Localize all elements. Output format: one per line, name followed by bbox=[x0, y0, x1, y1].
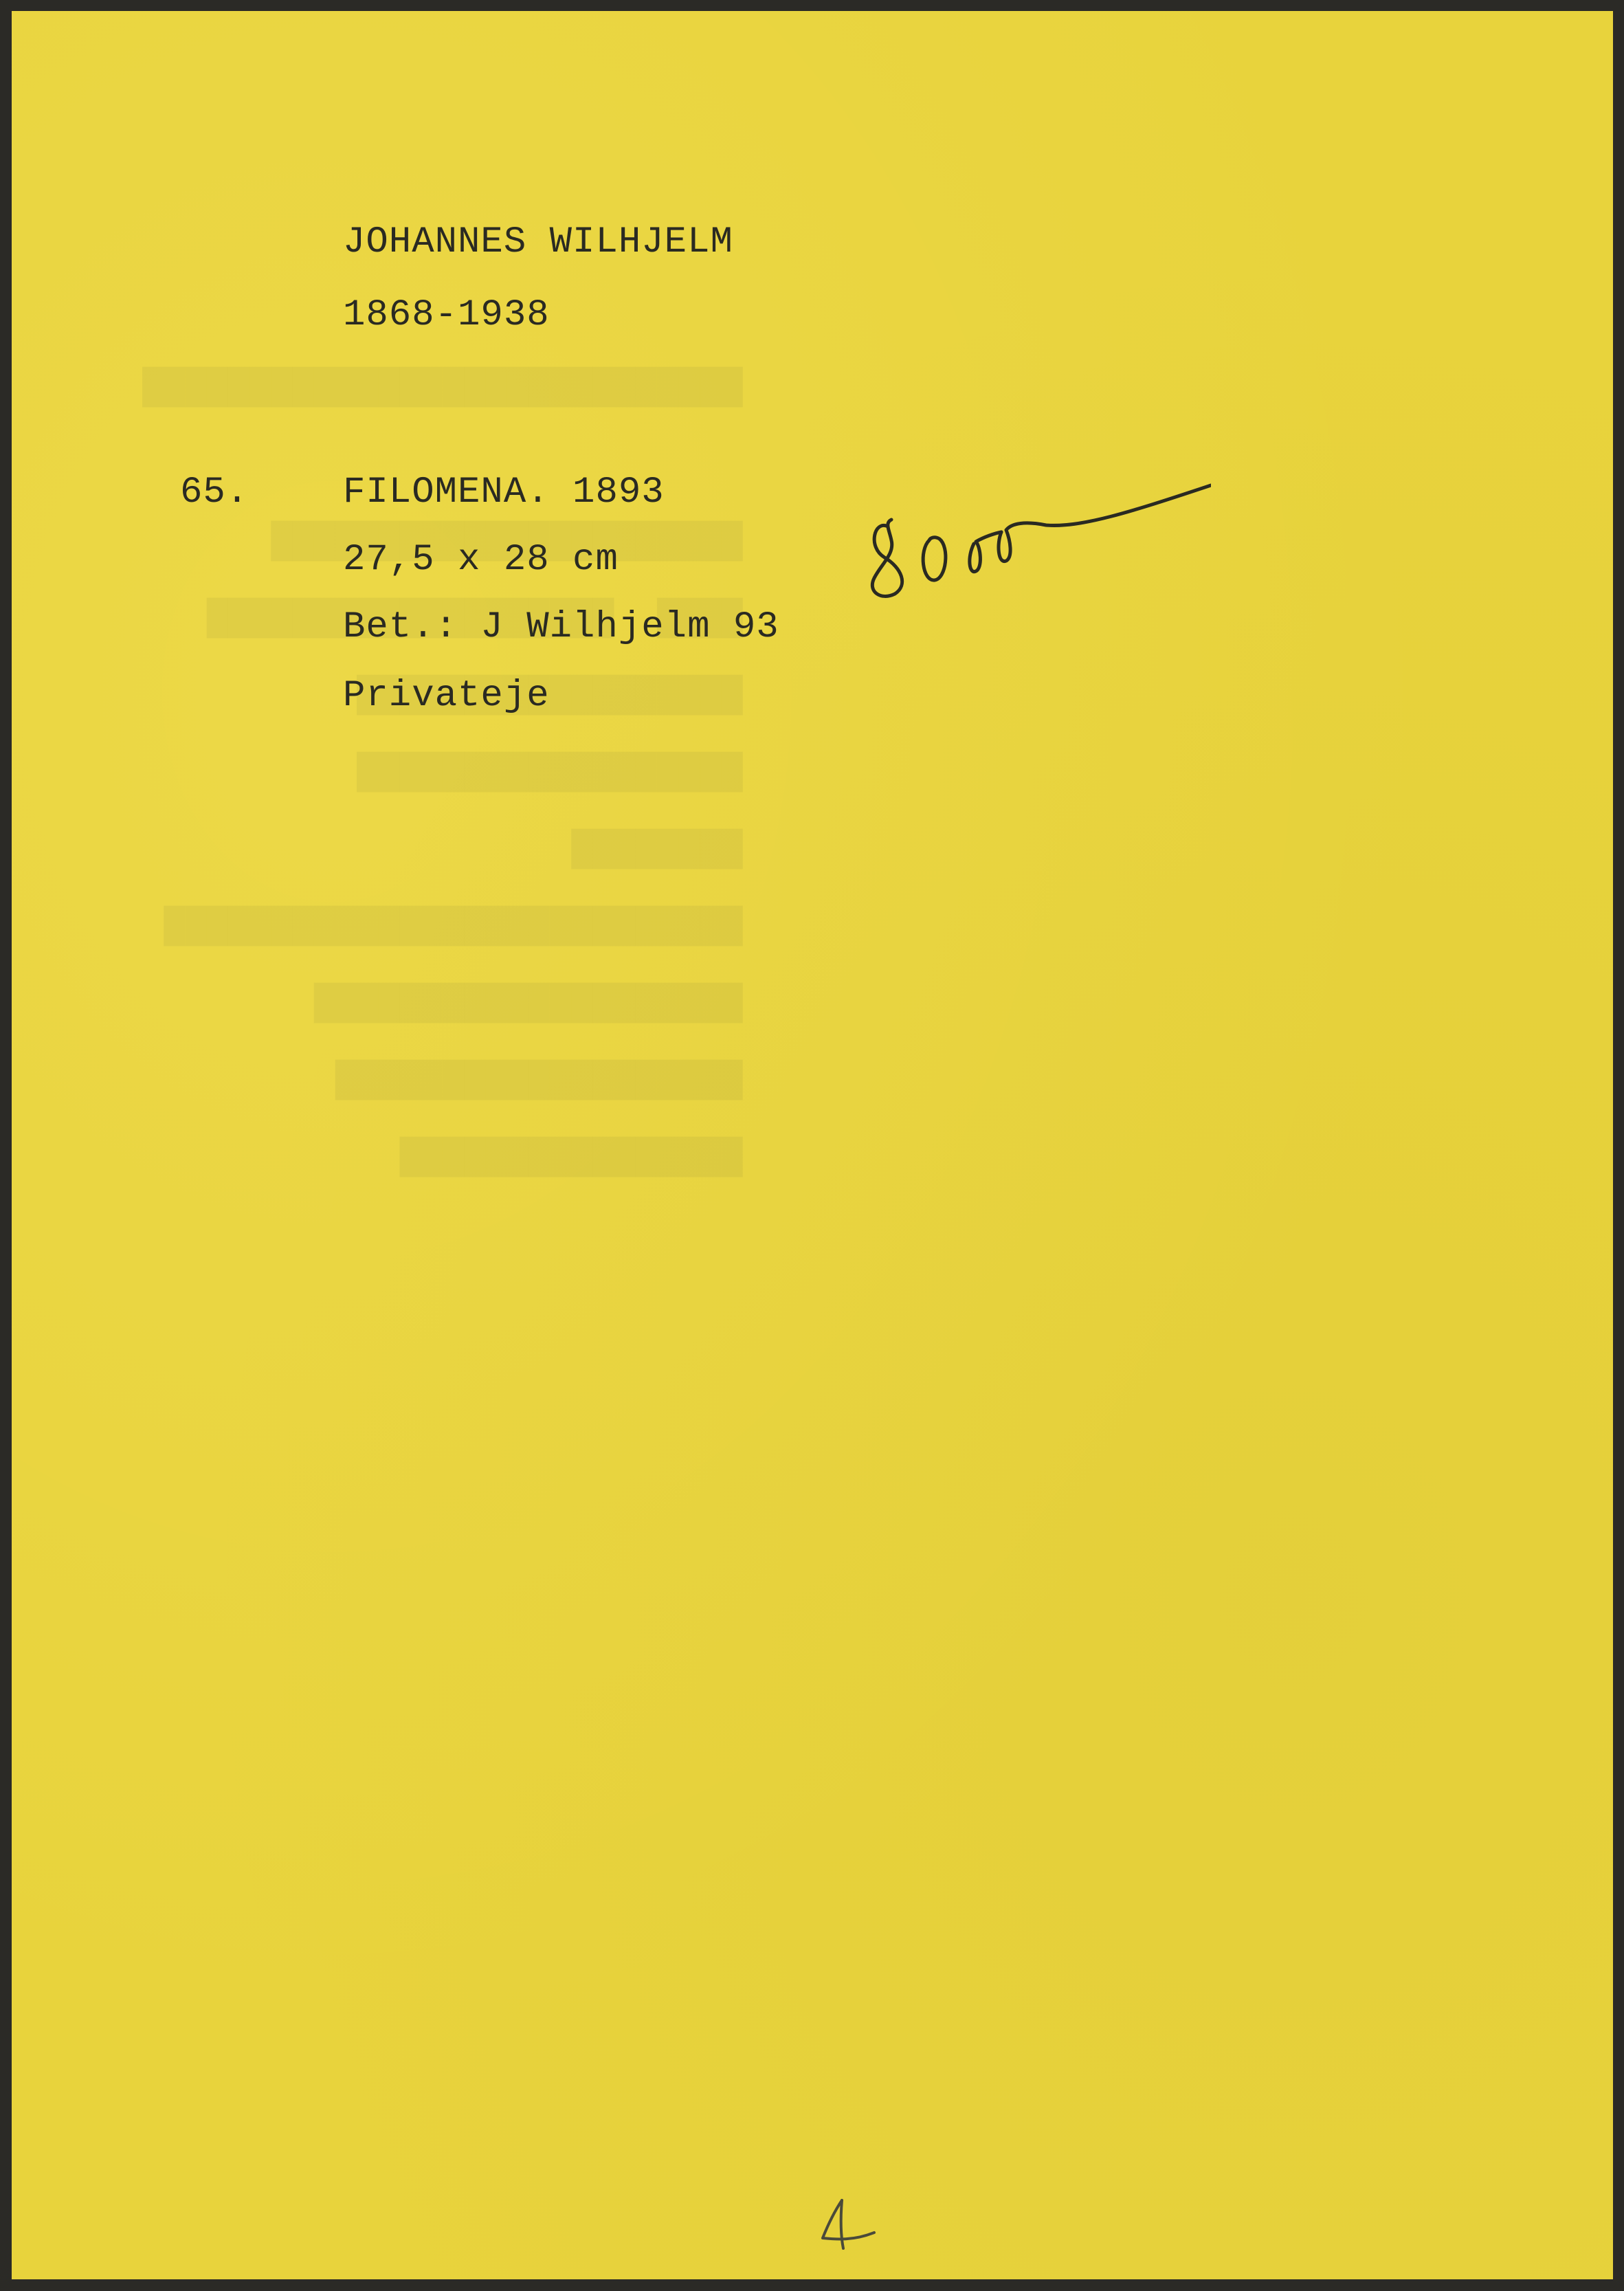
bleed-through-text: ████████████████████████████ ███████████… bbox=[142, 272, 743, 1273]
handwritten-page-number: 4 bbox=[816, 2197, 878, 2252]
entry-signature: Bet.: J Wilhjelm 93 bbox=[343, 606, 779, 648]
handwriting-4-icon bbox=[816, 2197, 878, 2252]
handwriting-8000-icon bbox=[854, 465, 1211, 602]
artist-years: 1868-1938 bbox=[343, 294, 550, 336]
entry-title: FILOMENA. 1893 bbox=[343, 472, 665, 513]
entry-owner: Privateje bbox=[343, 675, 550, 717]
artist-name: JOHANNES WILHJELM bbox=[343, 221, 733, 263]
entry-number: 65. bbox=[180, 472, 249, 513]
entry-dimensions: 27,5 x 28 cm bbox=[343, 539, 619, 581]
handwritten-price-annotation: 8000 bbox=[854, 465, 1211, 602]
document-page: ████████████████████████████ ███████████… bbox=[12, 11, 1613, 2279]
